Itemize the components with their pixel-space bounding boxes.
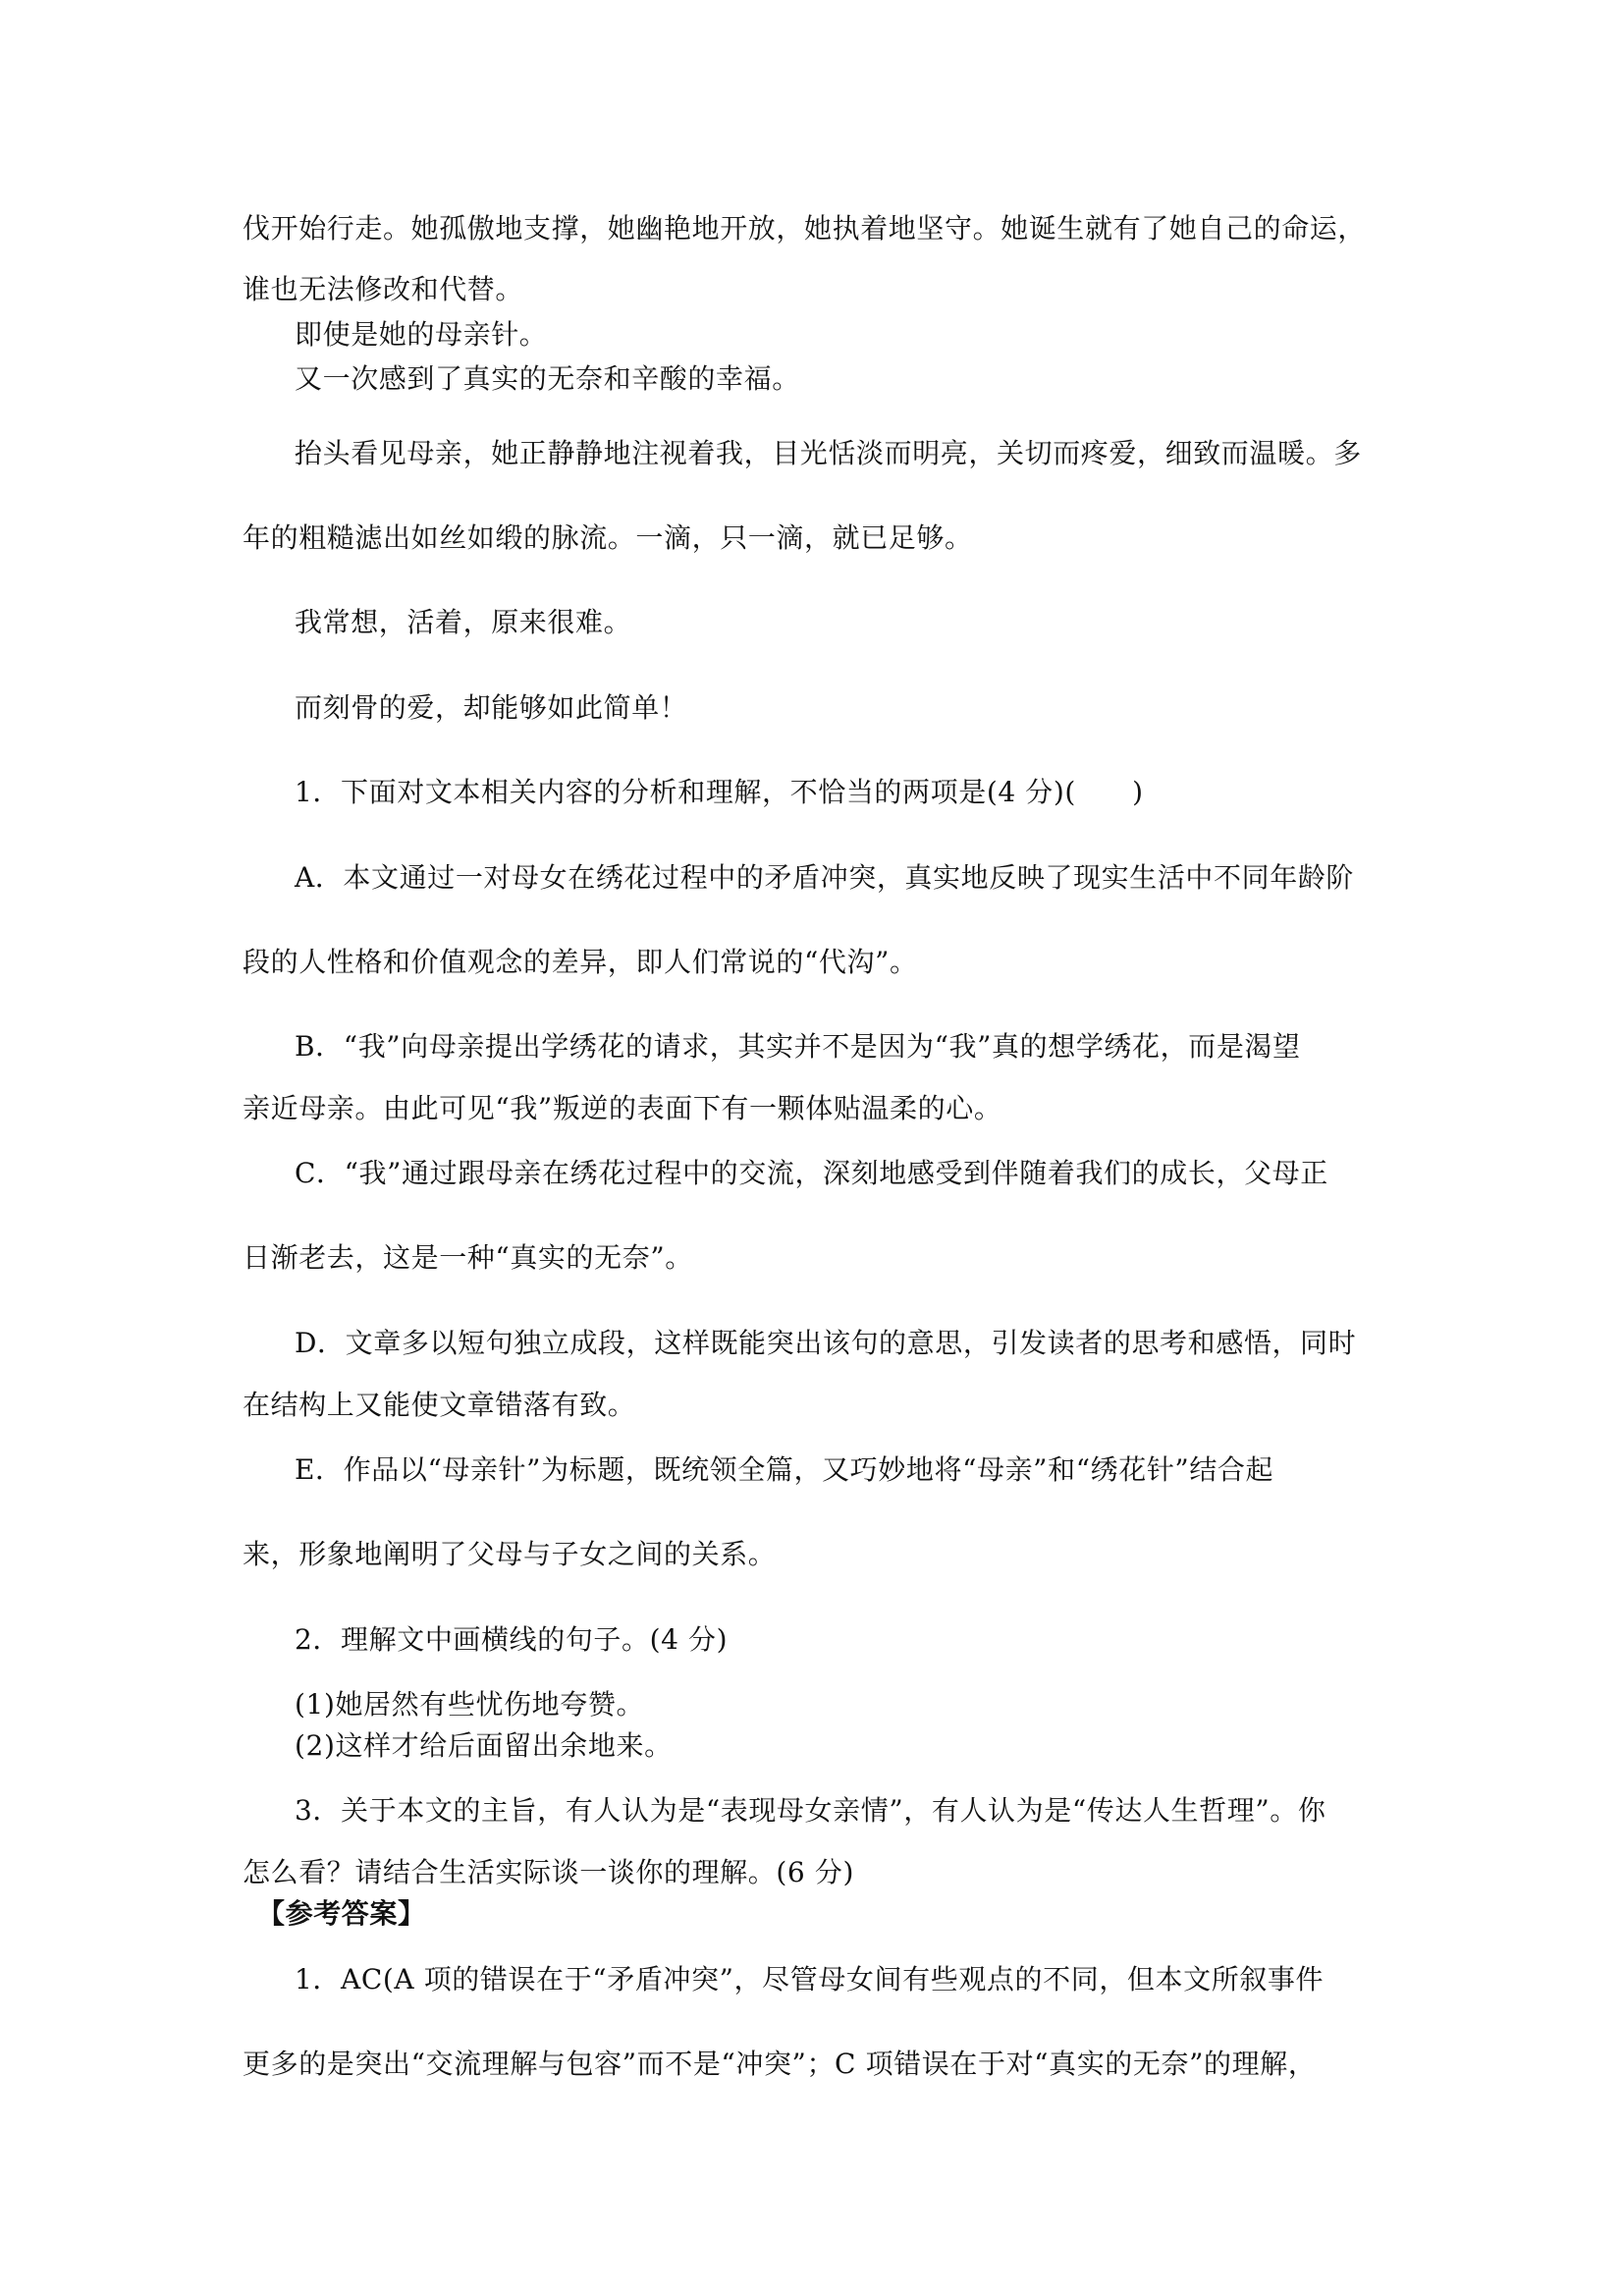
option-a: A．本文通过一对母女在绣花过程中的矛盾冲突，真实地反映了现实生活中不同年龄阶 bbox=[295, 860, 1396, 896]
option-e-cont: 来，形象地阐明了父母与子女之间的关系。 bbox=[243, 1537, 1396, 1572]
option-b-cont: 亲近母亲。由此可见“我”叛逆的表面下有一颗体贴温柔的心。 bbox=[243, 1091, 1396, 1126]
passage-line: 抬头看见母亲，她正静静地注视着我，目光恬淡而明亮，关切而疼爱，细致而温暖。多 bbox=[295, 436, 1396, 471]
passage-line: 而刻骨的爱，却能够如此简单！ bbox=[295, 690, 1396, 726]
option-d-cont: 在结构上又能使文章错落有致。 bbox=[243, 1388, 1396, 1423]
answer-1: 1．AC(A 项的错误在于“矛盾冲突”，尽管母女间有些观点的不同，但本文所叙事件 bbox=[295, 1962, 1396, 1997]
passage-line: 年的粗糙滤出如丝如缎的脉流。一滴，只一滴，就已足够。 bbox=[243, 520, 1396, 556]
passage-line: 又一次感到了真实的无奈和辛酸的幸福。 bbox=[295, 361, 1396, 397]
question-2-sub-1: (1)她居然有些忧伤地夸赞。 bbox=[295, 1687, 1396, 1722]
option-a-cont: 段的人性格和价值观念的差异，即人们常说的“代沟”。 bbox=[243, 945, 1396, 980]
question-2-sub-2: (2)这样才给后面留出余地来。 bbox=[295, 1728, 1396, 1764]
option-c: C．“我”通过跟母亲在绣花过程中的交流，深刻地感受到伴随着我们的成长，父母正 bbox=[295, 1156, 1396, 1191]
option-c-cont: 日渐老去，这是一种“真实的无奈”。 bbox=[243, 1240, 1396, 1276]
option-b: B．“我”向母亲提出学绣花的请求，其实并不是因为“我”真的想学绣花，而是渴望 bbox=[295, 1029, 1396, 1065]
passage-line: 伐开始行走。她孤傲地支撑，她幽艳地开放，她执着地坚守。她诞生就有了她自己的命运， bbox=[243, 211, 1396, 246]
answer-1-cont: 更多的是突出“交流理解与包容”而不是“冲突”；C 项错误在于对“真实的无奈”的理… bbox=[243, 2047, 1396, 2082]
passage-line: 我常想，活着，原来很难。 bbox=[295, 605, 1396, 640]
passage-line: 即使是她的母亲针。 bbox=[295, 317, 1396, 353]
option-e: E．作品以“母亲针”为标题，既统领全篇，又巧妙地将“母亲”和“绣花针”结合起 bbox=[295, 1452, 1396, 1488]
passage-line: 谁也无法修改和代替。 bbox=[243, 272, 1396, 307]
answer-heading: 【参考答案】 bbox=[257, 1896, 1359, 1932]
option-d: D．文章多以短句独立成段，这样既能突出该句的意思，引发读者的思考和感悟，同时 bbox=[295, 1326, 1396, 1361]
question-3-stem-cont: 怎么看？请结合生活实际谈一谈你的理解。(6 分) bbox=[243, 1855, 1396, 1890]
question-3-stem: 3．关于本文的主旨，有人认为是“表现母女亲情”，有人认为是“传达人生哲理”。你 bbox=[295, 1793, 1396, 1829]
question-1-stem: 1．下面对文本相关内容的分析和理解，不恰当的两项是(4 分)( ) bbox=[295, 775, 1396, 810]
question-2-stem: 2．理解文中画横线的句子。(4 分) bbox=[295, 1622, 1396, 1658]
